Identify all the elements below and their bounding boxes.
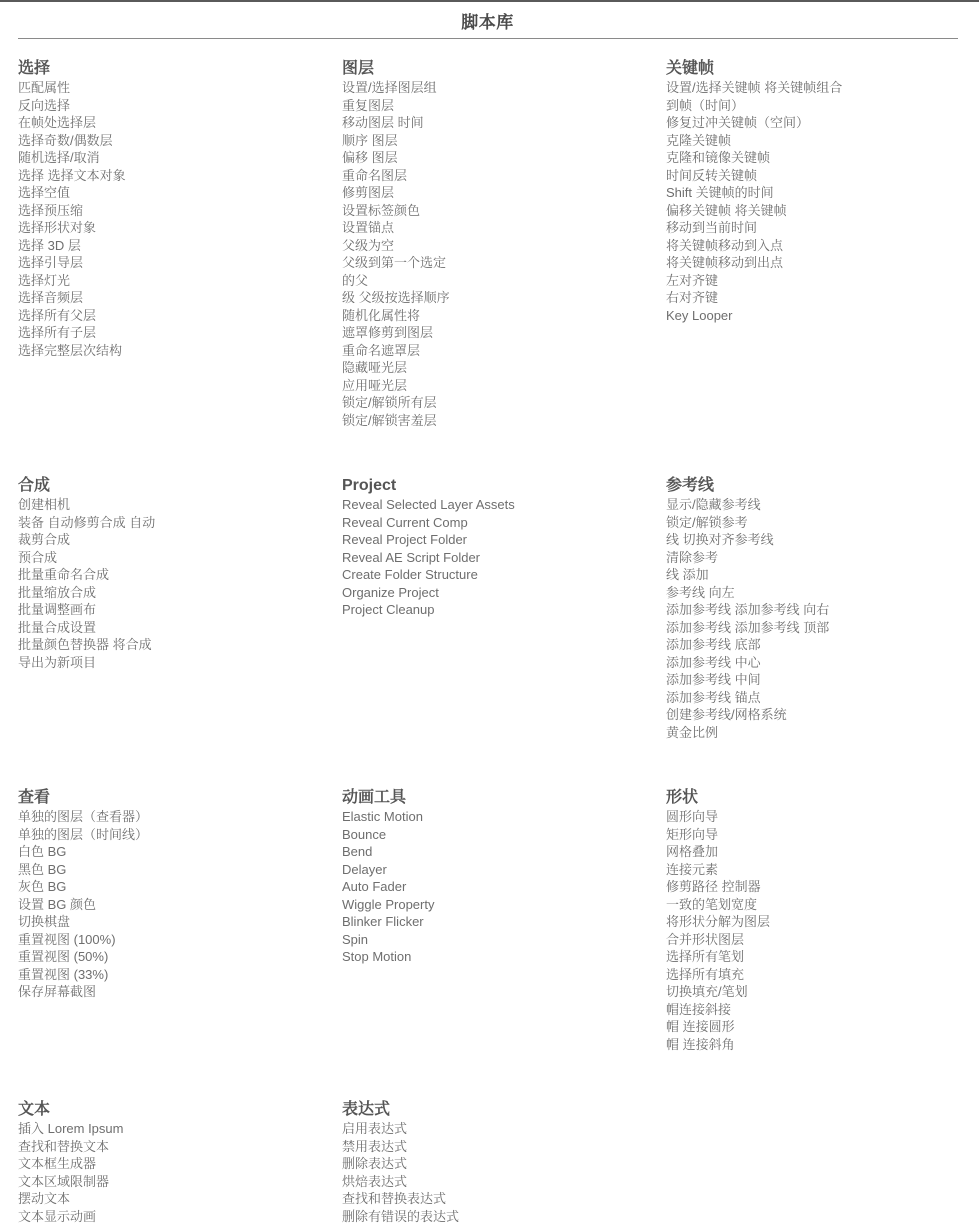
script-link[interactable]: 在帧处选择层 [18,114,328,132]
script-link[interactable]: 启用表达式 [342,1120,652,1138]
section-animation-tools: 动画工具 Elastic MotionBounceBendDelayerAuto… [342,789,652,966]
script-link[interactable]: 克隆关键帧 [666,132,976,150]
script-link[interactable]: 网格叠加 [666,843,976,861]
section-title: 动画工具 [342,789,652,807]
script-list: Elastic MotionBounceBendDelayerAuto Fade… [342,808,652,966]
script-link[interactable]: Blinker Flicker [342,913,652,931]
section-title: 形状 [666,789,976,807]
title-divider [18,38,958,39]
script-link[interactable]: Reveal Current Comp [342,514,652,532]
script-link[interactable]: 选择预压缩 [18,202,328,220]
section-expressions: 表达式 启用表达式禁用表达式删除表达式烘焙表达式查找和替换表达式删除有错误的表达… [342,1101,652,1225]
script-link[interactable]: Project Cleanup [342,601,652,619]
script-link[interactable]: 选择奇数/偶数层 [18,132,328,150]
script-link[interactable]: 保存屏幕截图 [18,983,328,1001]
script-link[interactable]: 添加参考线 添加参考线 向右 [666,601,976,619]
section-text: 文本 插入 Lorem Ipsum查找和替换文本文本框生成器文本区域限制器摆动文… [18,1101,328,1225]
script-link[interactable]: Wiggle Property [342,896,652,914]
script-link[interactable]: 重复图层 [342,97,652,115]
script-list: 圆形向导矩形向导网格叠加连接元素修剪路径 控制器一致的笔划宽度将形状分解为图层合… [666,808,976,1053]
script-link[interactable]: 右对齐键 [666,289,976,307]
script-link[interactable]: 禁用表达式 [342,1138,652,1156]
script-link[interactable]: 选择引导层 [18,254,328,272]
script-link[interactable]: 创建相机 [18,496,328,514]
script-link[interactable]: 修剪图层 [342,184,652,202]
script-link[interactable]: 时间反转关键帧 [666,167,976,185]
script-link[interactable]: 批量重命名合成 [18,566,328,584]
script-link[interactable]: 清除参考 [666,549,976,567]
script-list: 启用表达式禁用表达式删除表达式烘焙表达式查找和替换表达式删除有错误的表达式 [342,1120,652,1225]
script-link[interactable]: Reveal Project Folder [342,531,652,549]
script-link[interactable]: 裁剪合成 [18,531,328,549]
script-link[interactable]: 左对齐键 [666,272,976,290]
script-link[interactable]: 添加参考线 中心 [666,654,976,672]
script-link[interactable]: 帽 连接斜角 [666,1036,976,1054]
script-link[interactable]: 添加参考线 底部 [666,636,976,654]
script-link[interactable]: 锁定/解锁所有层 [342,394,652,412]
script-link[interactable]: Spin [342,931,652,949]
script-link[interactable]: 连接元素 [666,861,976,879]
script-link[interactable]: 切换填充/笔划 [666,983,976,1001]
script-link[interactable]: 一致的笔划宽度 [666,896,976,914]
script-link[interactable]: 添加参考线 中间 [666,671,976,689]
script-link[interactable]: 参考线 向左 [666,584,976,602]
script-link[interactable]: Reveal Selected Layer Assets [342,496,652,514]
script-link[interactable]: 设置/选择关键帧 将关键帧组合 [666,79,976,97]
script-link[interactable]: 父级为空 [342,237,652,255]
section-keyframes: 关键帧 设置/选择关键帧 将关键帧组合到帧（时间）修复过冲关键帧（空间）克隆关键… [666,60,976,324]
script-link[interactable]: 导出为新项目 [18,654,328,672]
script-link[interactable]: 黄金比例 [666,724,976,742]
section-layers: 图层 设置/选择图层组重复图层移动图层 时间顺序 图层偏移 图层重命名图层修剪图… [342,60,652,429]
script-link[interactable]: 重置视图 (50%) [18,948,328,966]
script-link[interactable]: Bend [342,843,652,861]
script-link[interactable]: 线 添加 [666,566,976,584]
script-link[interactable]: 显示/隐藏参考线 [666,496,976,514]
script-link[interactable]: 级 父级按选择顺序 [342,289,652,307]
script-list: 插入 Lorem Ipsum查找和替换文本文本框生成器文本区域限制器摆动文本文本… [18,1120,328,1225]
script-link[interactable]: 移动图层 时间 [342,114,652,132]
section-composition: 合成 创建相机装备 自动修剪合成 自动裁剪合成预合成批量重命名合成批量缩放合成批… [18,477,328,671]
script-link[interactable]: 合并形状图层 [666,931,976,949]
script-link[interactable]: 批量合成设置 [18,619,328,637]
script-link[interactable]: 重命名遮罩层 [342,342,652,360]
script-list: Reveal Selected Layer AssetsReveal Curre… [342,496,652,619]
script-link[interactable]: 矩形向导 [666,826,976,844]
section-title: 关键帧 [666,60,976,78]
section-guides: 参考线 显示/隐藏参考线锁定/解锁参考线 切换对齐参考线清除参考线 添加参考线 … [666,477,976,741]
section-title: 参考线 [666,477,976,495]
section-shapes: 形状 圆形向导矩形向导网格叠加连接元素修剪路径 控制器一致的笔划宽度将形状分解为… [666,789,976,1053]
script-link[interactable]: 设置 BG 颜色 [18,896,328,914]
top-border [0,0,979,2]
script-link[interactable]: Key Looper [666,307,976,325]
script-link[interactable]: Reveal AE Script Folder [342,549,652,567]
script-link[interactable]: 批量缩放合成 [18,584,328,602]
script-link[interactable]: 选择所有父层 [18,307,328,325]
script-link[interactable]: 摆动文本 [18,1190,328,1208]
section-view: 查看 单独的图层（查看器）单独的图层（时间线）白色 BG黑色 BG灰色 BG设置… [18,789,328,1001]
script-link[interactable]: 的父 [342,272,652,290]
script-link[interactable]: 选择所有笔划 [666,948,976,966]
script-link[interactable]: 选择完整层次结构 [18,342,328,360]
section-title: 查看 [18,789,328,807]
script-link[interactable]: 反向选择 [18,97,328,115]
script-link[interactable]: 选择灯光 [18,272,328,290]
script-link[interactable]: 重命名图层 [342,167,652,185]
script-link[interactable]: 选择 3D 层 [18,237,328,255]
script-link[interactable]: 设置标签颜色 [342,202,652,220]
script-link[interactable]: Organize Project [342,584,652,602]
script-link[interactable]: 添加参考线 添加参考线 顶部 [666,619,976,637]
script-link[interactable]: 锁定/解锁害羞层 [342,412,652,430]
script-list: 创建相机装备 自动修剪合成 自动裁剪合成预合成批量重命名合成批量缩放合成批量调整… [18,496,328,671]
script-link[interactable]: 烘焙表达式 [342,1173,652,1191]
script-link[interactable]: 圆形向导 [666,808,976,826]
script-link[interactable]: 帽 连接圆形 [666,1018,976,1036]
section-title: Project [342,477,652,495]
script-link[interactable]: 设置锚点 [342,219,652,237]
script-link[interactable]: 文本框生成器 [18,1155,328,1173]
script-link[interactable]: 文本显示动画 [18,1208,328,1226]
script-link[interactable]: 插入 Lorem Ipsum [18,1120,328,1138]
script-link[interactable]: 选择形状对象 [18,219,328,237]
script-link[interactable]: Delayer [342,861,652,879]
section-title: 表达式 [342,1101,652,1119]
section-title: 合成 [18,477,328,495]
script-link[interactable]: 随机化属性将 [342,307,652,325]
script-list: 设置/选择图层组重复图层移动图层 时间顺序 图层偏移 图层重命名图层修剪图层设置… [342,79,652,429]
script-link[interactable]: 添加参考线 锚点 [666,689,976,707]
section-title: 选择 [18,60,328,78]
script-link[interactable]: 选择 选择文本对象 [18,167,328,185]
script-link[interactable]: 批量颜色替换器 将合成 [18,636,328,654]
script-link[interactable]: 应用哑光层 [342,377,652,395]
script-list: 设置/选择关键帧 将关键帧组合到帧（时间）修复过冲关键帧（空间）克隆关键帧克隆和… [666,79,976,324]
script-link[interactable]: 白色 BG [18,843,328,861]
script-link[interactable]: 将形状分解为图层 [666,913,976,931]
script-list: 显示/隐藏参考线锁定/解锁参考线 切换对齐参考线清除参考线 添加参考线 向左添加… [666,496,976,741]
script-link[interactable]: 删除表达式 [342,1155,652,1173]
script-link[interactable]: 重置视图 (100%) [18,931,328,949]
section-project: Project Reveal Selected Layer AssetsReve… [342,477,652,619]
section-title: 图层 [342,60,652,78]
script-list: 单独的图层（查看器）单独的图层（时间线）白色 BG黑色 BG灰色 BG设置 BG… [18,808,328,1001]
page-title: 脚本库 [0,12,975,34]
script-link[interactable]: Bounce [342,826,652,844]
script-link[interactable]: 文本区域限制器 [18,1173,328,1191]
script-link[interactable]: 移动到当前时间 [666,219,976,237]
script-link[interactable]: 选择所有填充 [666,966,976,984]
script-link[interactable]: Shift 关键帧的时间 [666,184,976,202]
script-link[interactable]: 查找和替换文本 [18,1138,328,1156]
script-link[interactable]: 灰色 BG [18,878,328,896]
script-link[interactable]: 单独的图层（查看器） [18,808,328,826]
script-link[interactable]: Elastic Motion [342,808,652,826]
script-link[interactable]: 删除有错误的表达式 [342,1208,652,1226]
section-title: 文本 [18,1101,328,1119]
script-link[interactable]: 重置视图 (33%) [18,966,328,984]
section-select: 选择 匹配属性反向选择在帧处选择层选择奇数/偶数层随机选择/取消选择 选择文本对… [18,60,328,359]
script-link[interactable]: 将关键帧移动到出点 [666,254,976,272]
script-link[interactable]: 帽连接斜接 [666,1001,976,1019]
script-link[interactable]: Create Folder Structure [342,566,652,584]
script-link[interactable]: 选择所有子层 [18,324,328,342]
script-link[interactable]: 修复过冲关键帧（空间） [666,114,976,132]
script-link[interactable]: 偏移关键帧 将关键帧 [666,202,976,220]
script-link[interactable]: 创建参考线/网格系统 [666,706,976,724]
script-link[interactable]: 偏移 图层 [342,149,652,167]
script-link[interactable]: 设置/选择图层组 [342,79,652,97]
script-link[interactable]: 查找和替换表达式 [342,1190,652,1208]
script-link[interactable]: 修剪路径 控制器 [666,878,976,896]
script-link[interactable]: 将关键帧移动到入点 [666,237,976,255]
script-link[interactable]: 预合成 [18,549,328,567]
script-link[interactable]: 选择空值 [18,184,328,202]
script-link[interactable]: 遮罩修剪到图层 [342,324,652,342]
script-link[interactable]: 克隆和镜像关键帧 [666,149,976,167]
script-link[interactable]: 父级到第一个选定 [342,254,652,272]
script-link[interactable]: 锁定/解锁参考 [666,514,976,532]
script-link[interactable]: 选择音频层 [18,289,328,307]
script-list: 匹配属性反向选择在帧处选择层选择奇数/偶数层随机选择/取消选择 选择文本对象选择… [18,79,328,359]
script-link[interactable]: 隐藏哑光层 [342,359,652,377]
script-link[interactable]: 随机选择/取消 [18,149,328,167]
script-link[interactable]: Auto Fader [342,878,652,896]
script-link[interactable]: 批量调整画布 [18,601,328,619]
script-link[interactable]: 匹配属性 [18,79,328,97]
script-link[interactable]: 线 切换对齐参考线 [666,531,976,549]
script-link[interactable]: 单独的图层（时间线） [18,826,328,844]
script-link[interactable]: 顺序 图层 [342,132,652,150]
script-link[interactable]: Stop Motion [342,948,652,966]
script-link[interactable]: 黑色 BG [18,861,328,879]
script-link[interactable]: 到帧（时间） [666,97,976,115]
script-link[interactable]: 装备 自动修剪合成 自动 [18,514,328,532]
script-link[interactable]: 切换棋盘 [18,913,328,931]
